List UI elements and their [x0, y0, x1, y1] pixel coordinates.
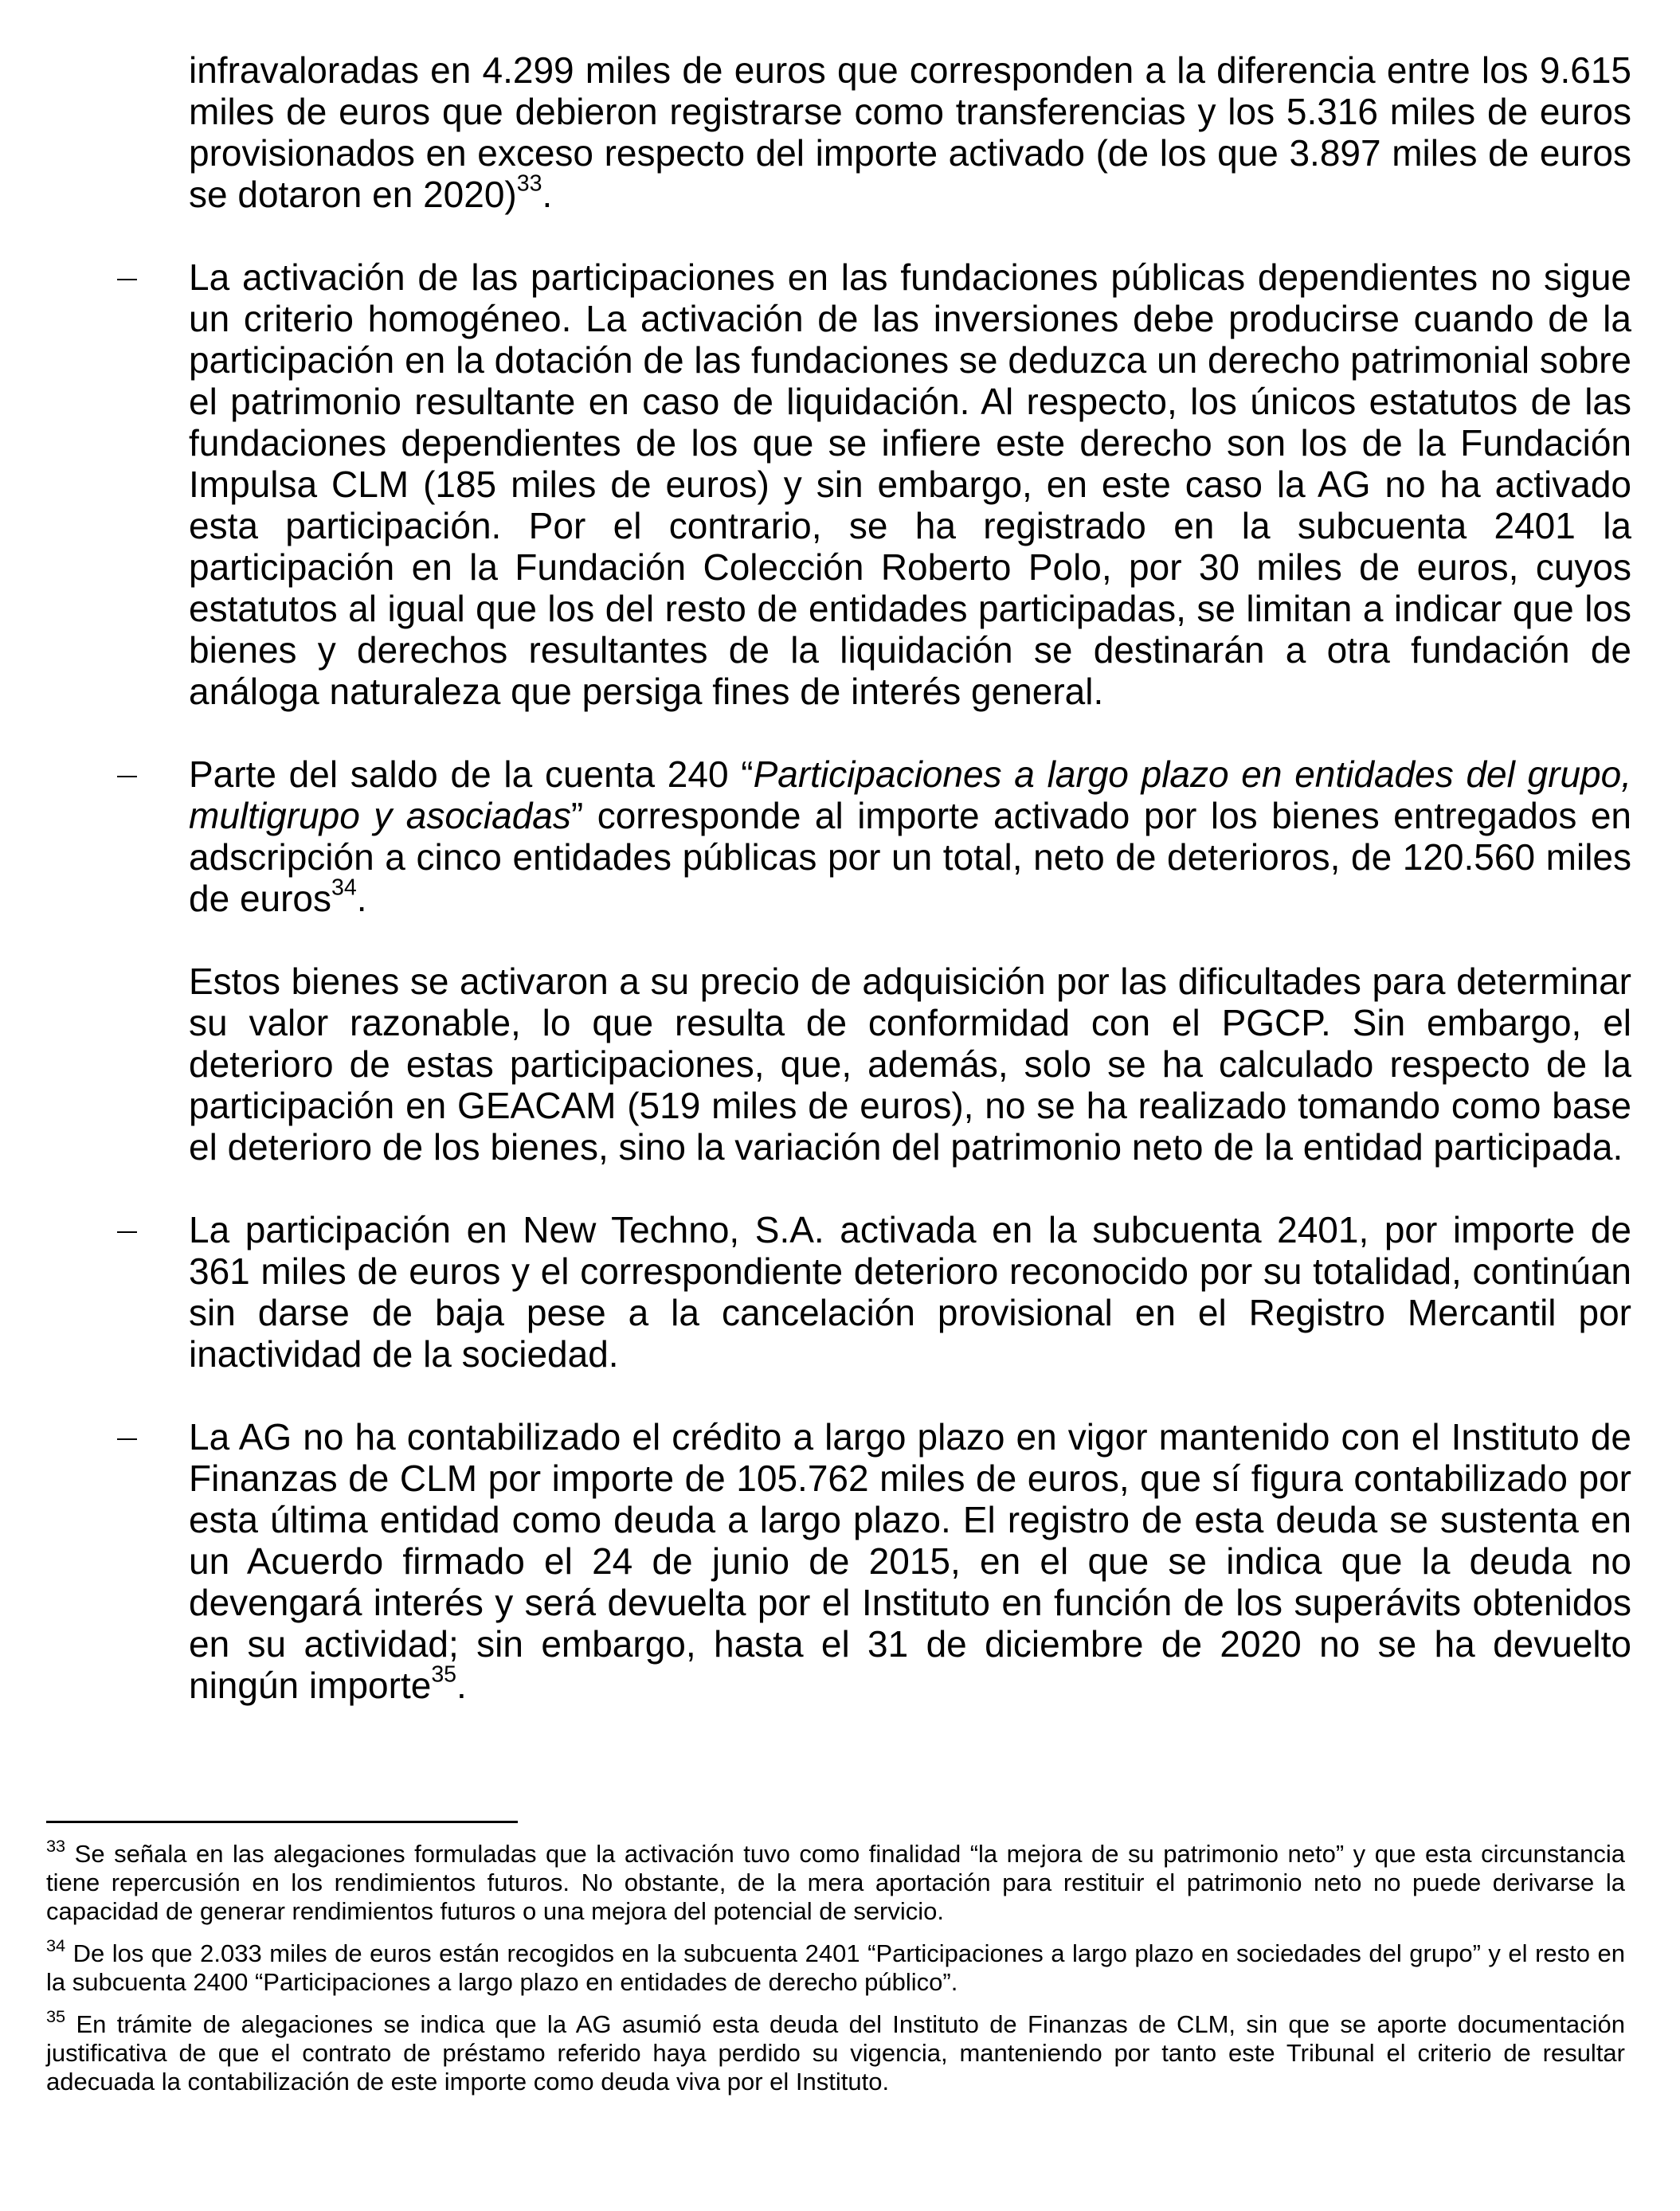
paragraph-text: Estos bienes se activaron a su precio de… [189, 961, 1631, 1168]
footnote-number: 33 [46, 1836, 65, 1856]
footnotes: 33 Se señala en las alegaciones formulad… [46, 1840, 1625, 2110]
footnote-33: 33 Se señala en las alegaciones formulad… [46, 1840, 1625, 1926]
paragraph-estos-bienes: Estos bienes se activaron a su precio de… [189, 961, 1631, 1168]
paragraph-text: infravaloradas en 4.299 miles de euros q… [189, 49, 1631, 215]
footnote-number: 35 [46, 2006, 65, 2026]
footnote-separator [46, 1821, 518, 1823]
paragraph-text: La AG no ha contabilizado el crédito a l… [189, 1416, 1631, 1706]
footnote-34: 34 De los que 2.033 miles de euros están… [46, 1939, 1625, 1997]
paragraph-continuation: infravaloradas en 4.299 miles de euros q… [189, 49, 1631, 215]
footnote-text: Se señala en las alegaciones formuladas … [46, 1840, 1625, 1925]
bullet-item-instituto-finanzas: La AG no ha contabilizado el crédito a l… [189, 1416, 1631, 1706]
footnote-35: 35 En trámite de alegaciones se indica q… [46, 2010, 1625, 2096]
footnote-text: En trámite de alegaciones se indica que … [46, 2010, 1625, 2096]
bullet-item-fundaciones: La activación de las participaciones en … [189, 256, 1631, 712]
document-body: infravaloradas en 4.299 miles de euros q… [189, 49, 1631, 1706]
paragraph-text: La participación en New Techno, S.A. act… [189, 1209, 1631, 1375]
footnote-ref-33[interactable]: 33 [517, 170, 542, 196]
bullet-item-cuenta-240: Parte del saldo de la cuenta 240 “Partic… [189, 753, 1631, 919]
footnote-text: De los que 2.033 miles de euros están re… [46, 1939, 1625, 1996]
footnote-ref-35[interactable]: 35 [431, 1661, 456, 1687]
bullet-item-new-techno: La participación en New Techno, S.A. act… [189, 1209, 1631, 1375]
footnote-ref-34[interactable]: 34 [331, 875, 357, 900]
paragraph-text: La activación de las participaciones en … [189, 256, 1631, 712]
footnote-number: 34 [46, 1935, 65, 1955]
